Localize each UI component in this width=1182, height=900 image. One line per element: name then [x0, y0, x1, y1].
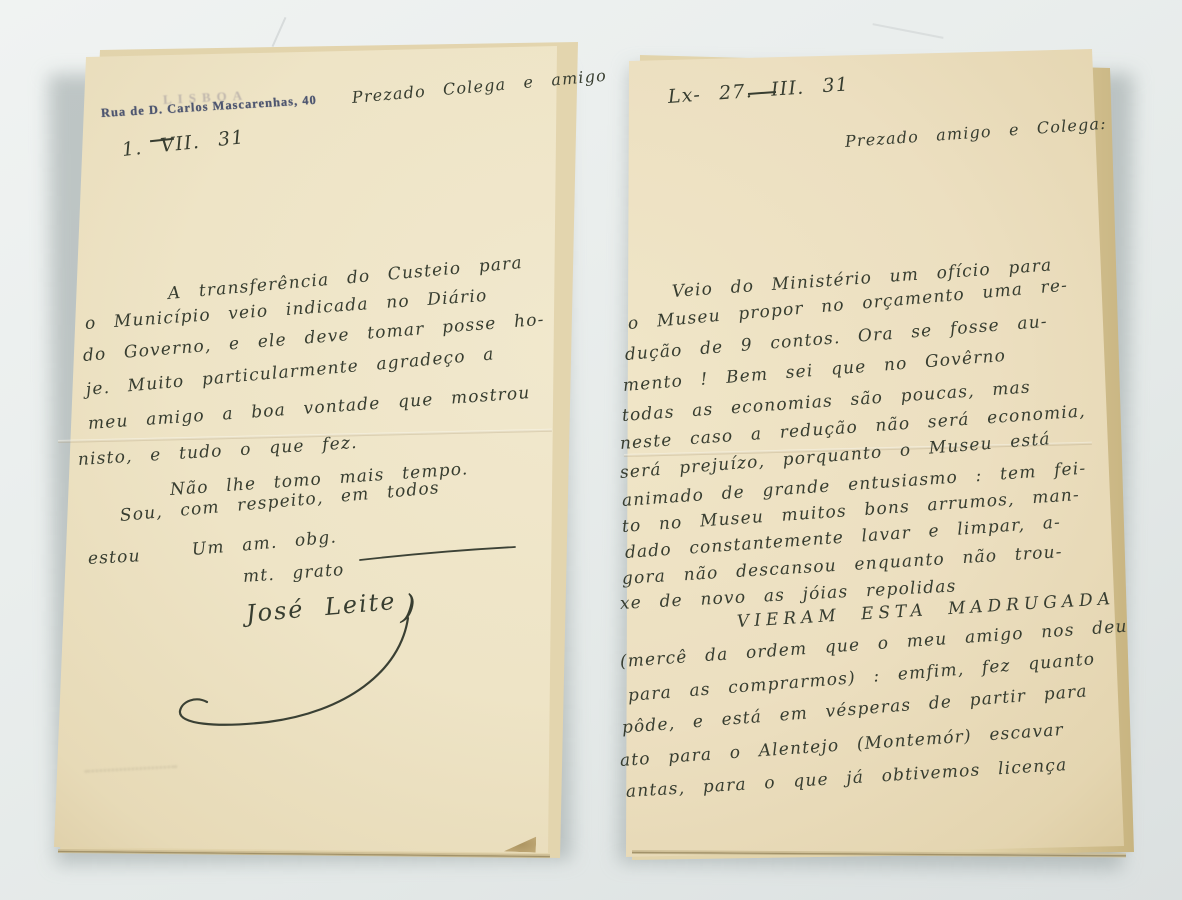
- closing-flourish-line: [360, 547, 515, 560]
- photograph-backdrop: LISBOA Rua de D. Carlos Mascarenhas, 40 …: [0, 0, 1182, 900]
- signature-swash-flourish: [180, 618, 408, 725]
- pen-flourishes: [0, 0, 1182, 900]
